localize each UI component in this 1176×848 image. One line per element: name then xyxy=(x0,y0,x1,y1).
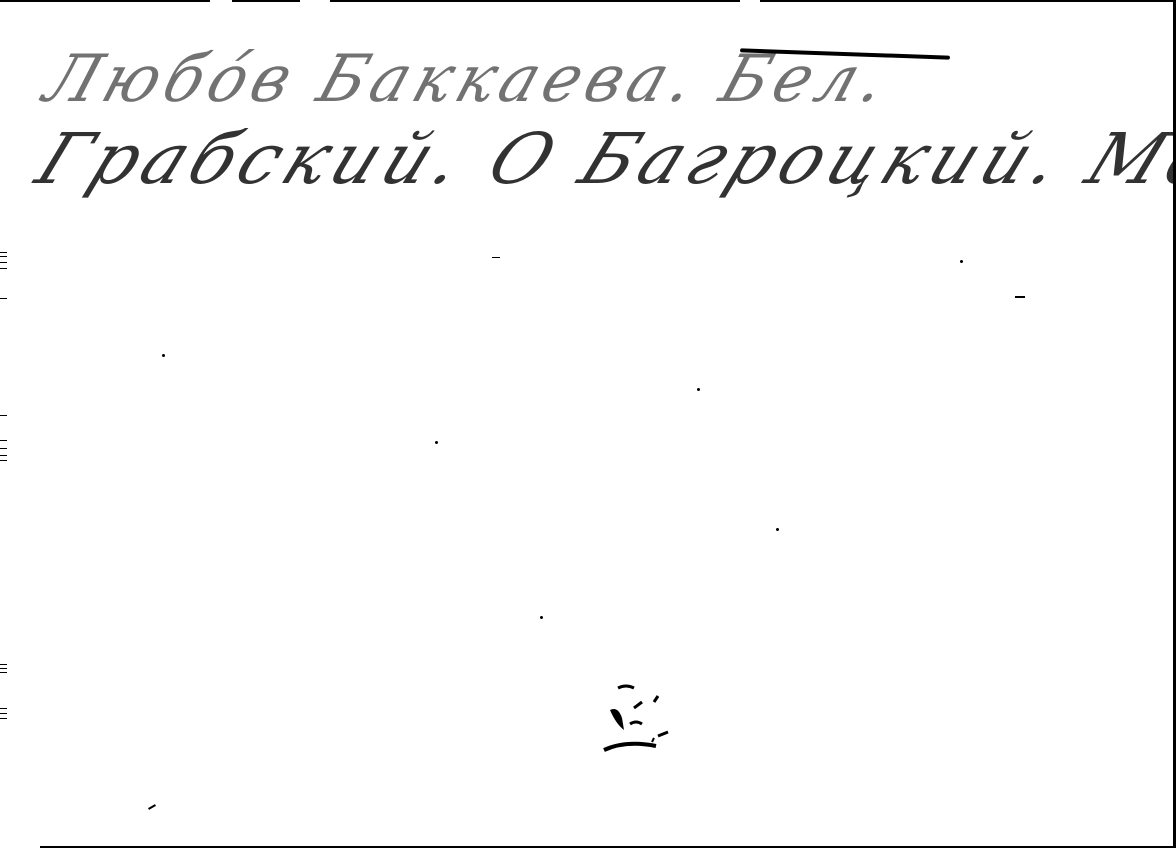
binding-marks xyxy=(0,0,10,848)
ink-speck xyxy=(540,616,543,619)
ink-speck xyxy=(435,441,438,444)
ink-speck xyxy=(1015,296,1025,298)
ink-stamp-mark xyxy=(596,680,686,755)
document-page: Любо́в Баккаева. Бел. Грабский. О Багроц… xyxy=(0,0,1176,848)
ink-speck xyxy=(697,388,700,391)
ink-speck xyxy=(162,354,165,357)
handwritten-line-2: Грабский. О Багроцкий. Мен. xyxy=(25,118,1176,200)
ink-speck xyxy=(776,528,779,531)
ink-speck xyxy=(960,260,963,263)
scan-edge-gap xyxy=(740,0,760,2)
scan-edge-top xyxy=(0,0,1176,2)
ink-speck xyxy=(492,257,500,258)
scan-edge-gap xyxy=(300,0,330,2)
scan-edge-gap xyxy=(210,0,232,2)
ink-speck xyxy=(148,804,156,810)
